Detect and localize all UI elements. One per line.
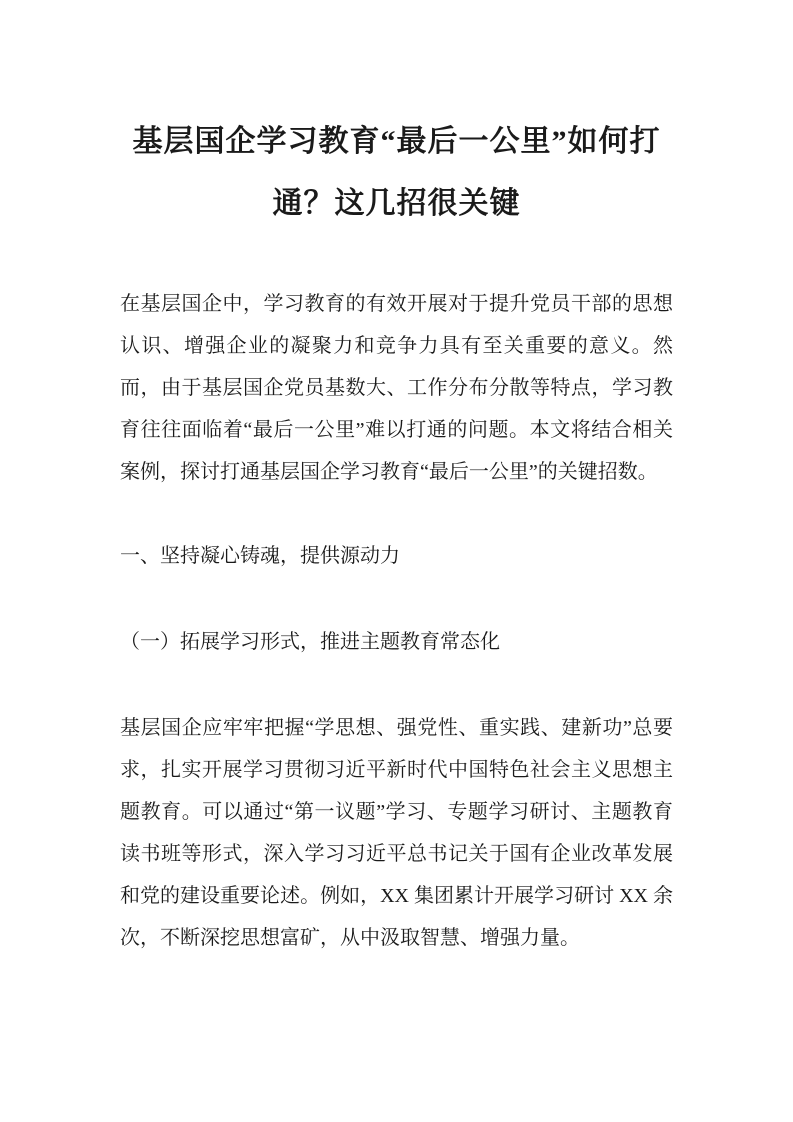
- document-title: 基层国企学习教育“最后一公里”如何打通？这几招很关键: [120, 111, 673, 235]
- intro-paragraph: 在基层国企中，学习教育的有效开展对于提升党员干部的思想认识、增强企业的凝聚力和竞…: [120, 283, 673, 493]
- section-heading-1: 一、坚持凝心铸魂，提供源动力: [120, 535, 673, 577]
- body-paragraph: 基层国企应牢牢把握“学思想、强党性、重实践、建新功”总要求，扎实开展学习贯彻习近…: [120, 707, 673, 959]
- document-page: 基层国企学习教育“最后一公里”如何打通？这几招很关键 在基层国企中，学习教育的有…: [0, 0, 793, 1122]
- subsection-heading-1-1: （一）拓展学习形式，推进主题教育常态化: [120, 621, 673, 663]
